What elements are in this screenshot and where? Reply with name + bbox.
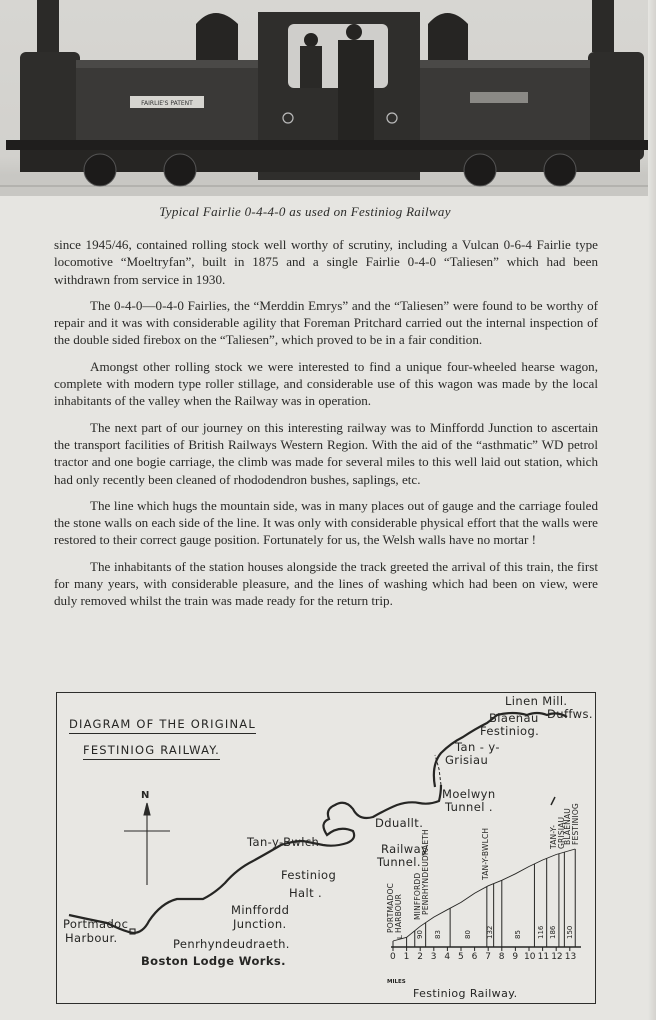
paragraph: since 1945/46, contained rolling stock w… (54, 236, 598, 288)
label-penrhyndeudraeth: Penrhyndeudraeth. (173, 938, 290, 951)
mile-tick-label: 6 (472, 952, 478, 962)
label-boston-lodge: Boston Lodge Works. (141, 955, 286, 968)
gradient-label: L (396, 935, 404, 939)
label-festiniog-halt-1: Festiniog (281, 869, 336, 882)
mile-tick-label: 4 (444, 952, 450, 962)
photo-caption: Typical Fairlie 0-4-4-0 as used on Festi… (0, 204, 610, 220)
paragraph: Amongst other rolling stock we were inte… (54, 358, 598, 410)
label-festiniog-halt-2: Halt . (289, 887, 322, 900)
label-portmadoc: Portmadoc (63, 918, 128, 931)
profile-caption: Festiniog Railway. (413, 987, 517, 1000)
diagram-title-line2: FESTINIOG RAILWAY. (83, 743, 220, 760)
svg-text:FAIRLIE'S PATENT: FAIRLIE'S PATENT (141, 100, 193, 107)
mile-tick-label: 10 (524, 952, 535, 962)
profile-station-label: TAN-Y-BWLCH (482, 828, 490, 880)
mile-tick-label: 2 (417, 952, 423, 962)
profile-station-label: BLAENAUFESTINIOG (564, 803, 580, 845)
mile-tick-label: 8 (499, 952, 505, 962)
paragraph: The line which hugs the mountain side, w… (54, 497, 598, 549)
article-body: since 1945/46, contained rolling stock w… (54, 236, 598, 619)
mile-tick-label: 12 (551, 952, 562, 962)
gradient-label: 186 (549, 926, 557, 939)
label-tan-y-bwlch: Tan-y-Bwlch (247, 836, 319, 849)
profile-station-label: PORTMADOCHARBOUR (387, 883, 403, 933)
label-festiniog: Festiniog. (480, 725, 539, 738)
mile-tick-label: 7 (485, 952, 491, 962)
mile-tick-label: 0 (390, 952, 396, 962)
profile-station-label: PENRHYNDEUDRAETH (422, 829, 430, 915)
label-minffordd: Minffordd (231, 904, 289, 917)
mile-tick-label: 1 (404, 952, 410, 962)
gradient-label: 116 (537, 926, 545, 939)
gradient-label: 150 (566, 926, 574, 939)
gradient-label: 90 (416, 930, 424, 939)
miles-label: MILES (387, 979, 406, 985)
gradient-label: 80 (464, 930, 472, 939)
railway-diagram: DIAGRAM OF THE ORIGINAL FESTINIOG RAILWA… (56, 692, 596, 1004)
gradient-label: 83 (434, 930, 442, 939)
paragraph: The 0-4-0—0-4-0 Fairlies, the “Merddin E… (54, 297, 598, 349)
label-dduallt: Dduallt. (375, 817, 423, 830)
mile-tick-label: 11 (538, 952, 549, 962)
gradient-label: 132 (486, 926, 494, 939)
locomotive-illustration: FAIRLIE'S PATENT (0, 0, 656, 196)
paragraph: The next part of our journey on this int… (54, 419, 598, 488)
mile-tick-label: 9 (512, 952, 518, 962)
paragraph: The inhabitants of the station houses al… (54, 558, 598, 610)
label-railway-tunnel-2: Tunnel. (377, 856, 421, 869)
mile-tick-label: 13 (565, 952, 576, 962)
north-arrow-icon (124, 803, 170, 885)
diagram-title-line1: DIAGRAM OF THE ORIGINAL (69, 717, 256, 734)
north-label: N (141, 789, 150, 802)
gradient-label: 85 (514, 930, 522, 939)
page-edge (648, 0, 656, 1020)
mile-tick-label: 3 (431, 952, 437, 962)
locomotive-photo: FAIRLIE'S PATENT (0, 0, 656, 196)
label-moelwyn-tunnel: Tunnel . (445, 801, 493, 814)
label-minffordd-junction: Junction. (233, 918, 287, 931)
label-tan-y-grisiau-2: Grisiau (445, 754, 488, 767)
label-harbour: Harbour. (65, 932, 118, 945)
mile-tick-label: 5 (458, 952, 464, 962)
label-duffws: Duffws. (547, 708, 593, 721)
